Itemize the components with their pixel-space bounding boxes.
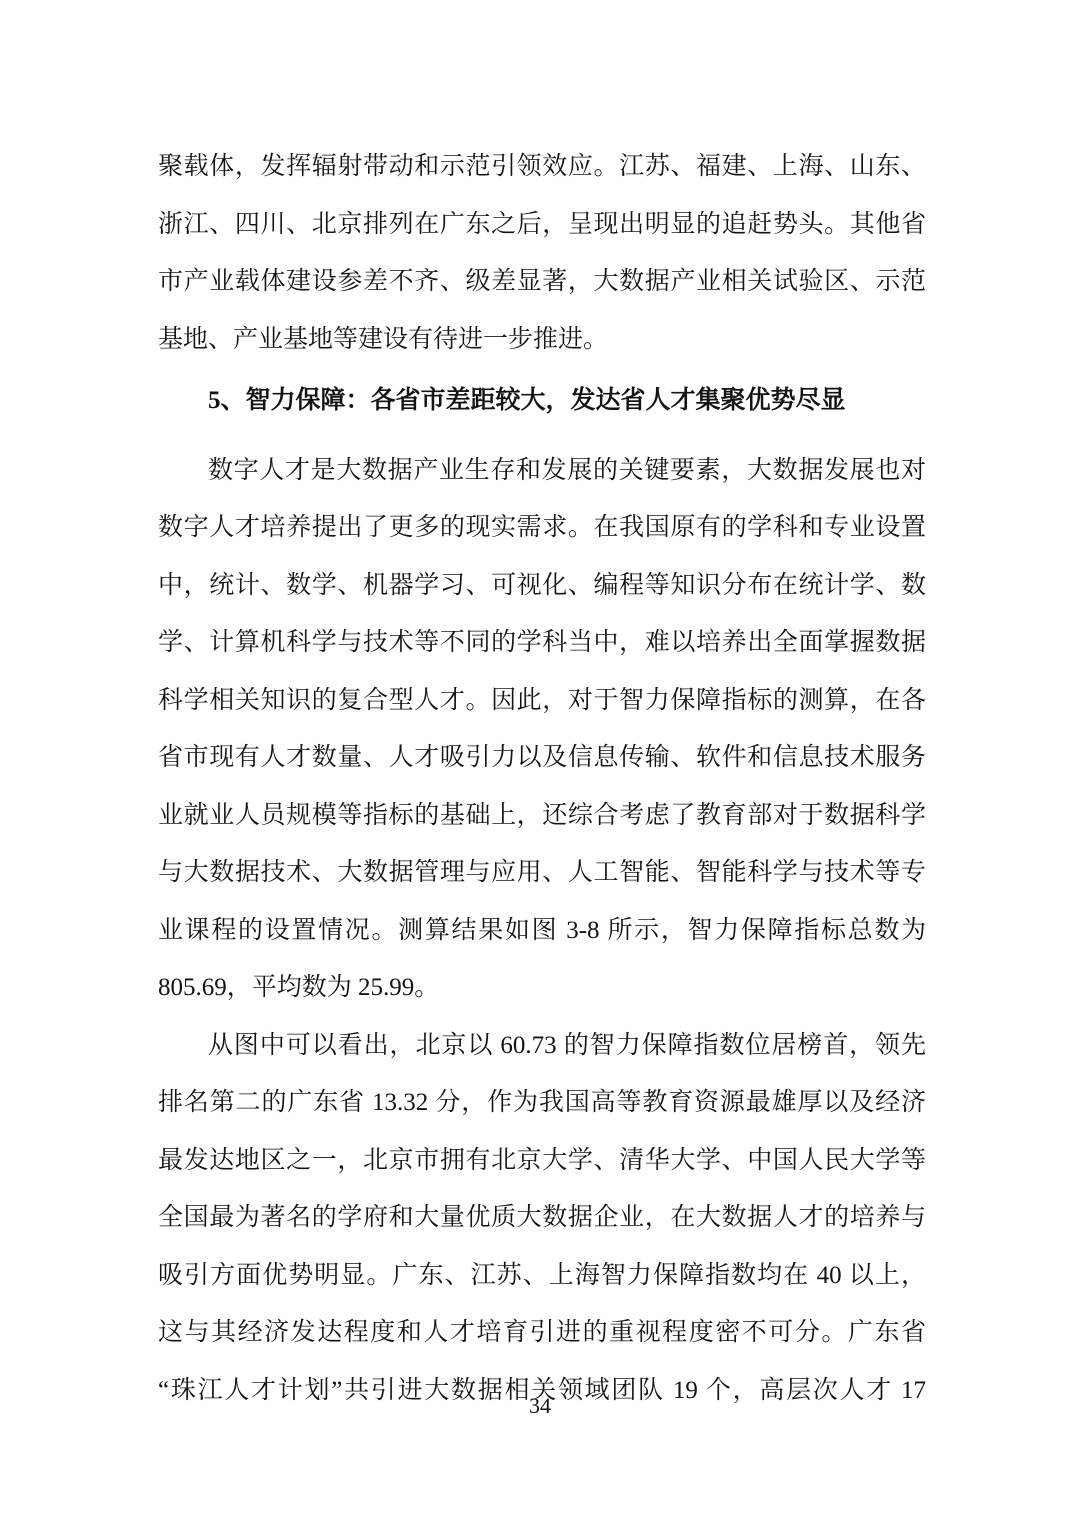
text-line: 全国最为著名的学府和大量优质大数据企业，在大数据人才的培养与 <box>158 1189 926 1247</box>
text-line: 聚载体，发挥辐射带动和示范引领效应。江苏、福建、上海、山东、 <box>158 138 926 196</box>
text-line: 这与其经济发达程度和人才培育引进的重视程度密不可分。广东省 <box>158 1304 926 1362</box>
text-line: 数字人才培养提出了更多的现实需求。在我国原有的学科和专业设置 <box>158 499 926 557</box>
text-line: 从图中可以看出，北京以 60.73 的智力保障指数位居榜首，领先 <box>158 1017 926 1075</box>
text-line: 排名第二的广东省 13.32 分，作为我国高等教育资源最雄厚以及经济 <box>158 1074 926 1132</box>
text-line: 中，统计、数学、机器学习、可视化、编程等知识分布在统计学、数 <box>158 557 926 615</box>
paragraph: 数字人才是大数据产业生存和发展的关键要素，大数据发展也对数字人才培养提出了更多的… <box>158 442 926 1017</box>
text-line: 浙江、四川、北京排列在广东之后，呈现出明显的追赶势头。其他省 <box>158 196 926 254</box>
text-line: 基地、产业基地等建设有待进一步推进。 <box>158 311 926 369</box>
document-page: 聚载体，发挥辐射带动和示范引领效应。江苏、福建、上海、山东、浙江、四川、北京排列… <box>0 0 1080 1527</box>
text-line: 最发达地区之一，北京市拥有北京大学、清华大学、中国人民大学等 <box>158 1132 926 1190</box>
page-number: 34 <box>0 1390 1080 1422</box>
text-line: 学、计算机科学与技术等不同的学科当中，难以培养出全面掌握数据 <box>158 614 926 672</box>
text-line: 科学相关知识的复合型人才。因此，对于智力保障指标的测算，在各 <box>158 672 926 730</box>
paragraph: 从图中可以看出，北京以 60.73 的智力保障指数位居榜首，领先排名第二的广东省… <box>158 1017 926 1420</box>
text-line: 省市现有人才数量、人才吸引力以及信息传输、软件和信息技术服务 <box>158 729 926 787</box>
text-line: 805.69，平均数为 25.99。 <box>158 959 926 1017</box>
text-line: 5、智力保障：各省市差距较大，发达省人才集聚优势尽显 <box>158 372 926 430</box>
text-line: 数字人才是大数据产业生存和发展的关键要素，大数据发展也对 <box>158 442 926 500</box>
text-line: 市产业载体建设参差不齐、级差显著，大数据产业相关试验区、示范 <box>158 253 926 311</box>
text-line: 吸引方面优势明显。广东、江苏、上海智力保障指数均在 40 以上， <box>158 1247 926 1305</box>
section-heading: 5、智力保障：各省市差距较大，发达省人才集聚优势尽显 <box>158 372 926 430</box>
text-line: 业课程的设置情况。测算结果如图 3-8 所示，智力保障指标总数为 <box>158 902 926 960</box>
text-column: 聚载体，发挥辐射带动和示范引领效应。江苏、福建、上海、山东、浙江、四川、北京排列… <box>158 138 926 1419</box>
text-line: 与大数据技术、大数据管理与应用、人工智能、智能科学与技术等专 <box>158 844 926 902</box>
paragraph: 聚载体，发挥辐射带动和示范引领效应。江苏、福建、上海、山东、浙江、四川、北京排列… <box>158 138 926 368</box>
text-line: 业就业人员规模等指标的基础上，还综合考虑了教育部对于数据科学 <box>158 787 926 845</box>
